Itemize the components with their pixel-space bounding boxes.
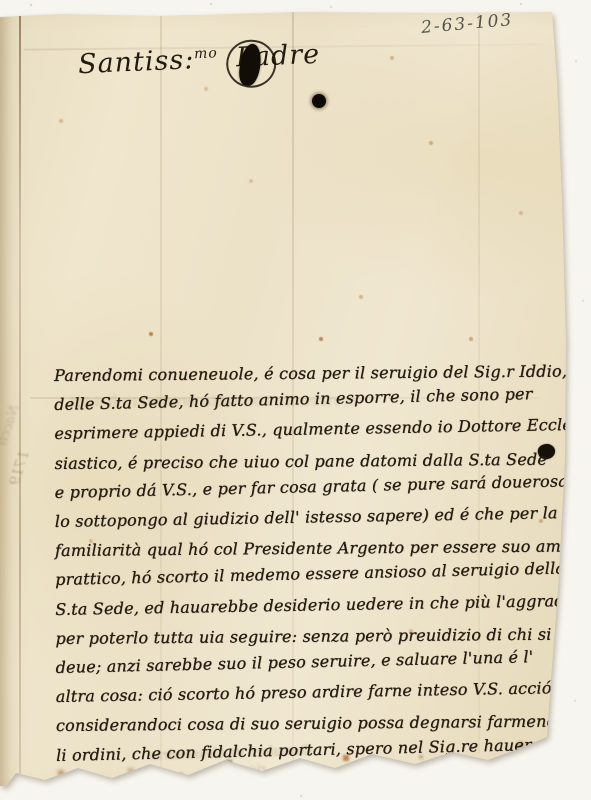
fold-crease-left	[19, 16, 21, 784]
letter-line: considerandoci cosa di suo seruigio poss…	[56, 707, 564, 741]
salutation-heading: Santiss:moPadre	[77, 39, 320, 81]
foxing-spots	[0, 0, 2, 2]
archive-number: 2-63-103	[420, 10, 514, 38]
letter-line: deue; anzi sarebbe suo il peso seruire, …	[55, 642, 564, 683]
bleedthrough-bottom-line-1: Gamalero di Alessandria	[150, 743, 312, 764]
letter-line: Parendomi conueneuole, é cosa per il ser…	[54, 357, 562, 391]
ink-blot-line-end	[536, 442, 556, 461]
ink-flourish-ring	[225, 39, 277, 89]
bleedthrough-mid-line: m riceuuta con tutta prontezza li aggi	[70, 392, 358, 410]
bleedthrough-left-margin-text: Naccli	[0, 403, 23, 448]
fold-crease-center-left	[160, 14, 162, 774]
letter-line: li ordini, che con fidalchia portari, sp…	[56, 729, 565, 770]
bottom-edge-stains	[0, 0, 2, 2]
wrinkle-top	[24, 43, 544, 50]
scanned-manuscript-photo: { "document": { "archive_number": "2-63-…	[0, 0, 591, 800]
manuscript-paper: Naccli 1719 m riceuuta con tutta prontez…	[0, 0, 591, 800]
wrinkle-middle	[30, 397, 540, 399]
letter-line: prattico, hó scorto il medemo essere ans…	[55, 554, 564, 595]
bleedthrough-year-1719: 1719	[7, 449, 33, 488]
letter-line: siastico, é preciso che uiuo col pane da…	[54, 444, 562, 478]
paper-sheet-wrapper: Naccli 1719 m riceuuta con tutta prontez…	[0, 0, 591, 800]
letter-line: per poterlo tutta uia seguire: senza per…	[55, 619, 563, 653]
ink-blot-on-capital	[237, 42, 264, 87]
salutation-word: Santiss:	[77, 44, 195, 80]
letter-line: e proprio dá V.S., e per far cosa grata …	[54, 466, 563, 507]
salutation-title-word: Padre	[235, 39, 321, 74]
letter-line: altra cosa: ció scorto hó preso ardire f…	[56, 673, 564, 711]
ink-dot	[312, 94, 326, 108]
letter-line: delle S.ta Sede, hó fatto animo in espor…	[54, 379, 563, 420]
letter-line: lo sottopongo al giudizio dell' istesso …	[55, 498, 563, 536]
letter-body: Parendomi conueneuole, é cosa per il ser…	[54, 358, 564, 769]
letter-line: familiarità qual hó col Presidente Argen…	[55, 532, 563, 566]
bleedthrough-bottom-line-2: riceuero	[215, 762, 266, 776]
fold-crease-center	[292, 12, 294, 768]
letter-line: S.ta Sede, ed hauarebbe desiderio uedere…	[55, 586, 563, 624]
letter-line: esprimere appiedi di V.S., qualmente ess…	[54, 411, 562, 449]
salutation-superscript: mo	[194, 45, 218, 62]
fold-crease-right	[478, 13, 480, 753]
